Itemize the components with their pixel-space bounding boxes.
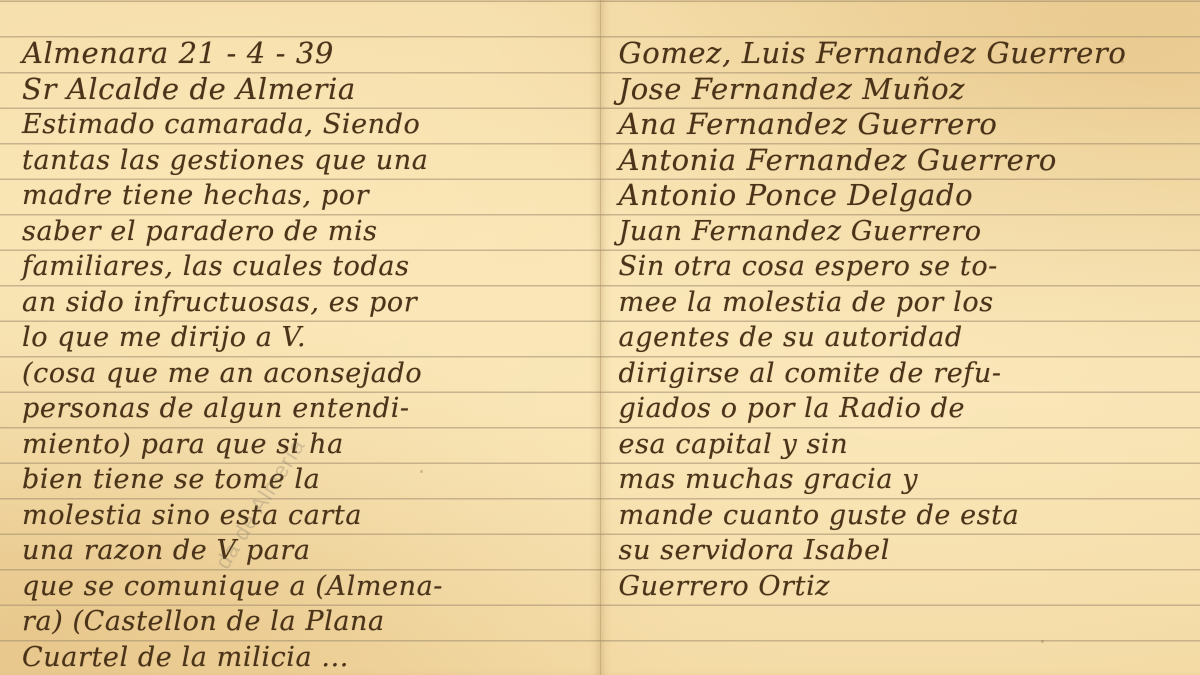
- letter-line: miento) para que si ha: [0, 427, 600, 463]
- letter-place-date: Almenara 21 - 4 - 39: [0, 36, 600, 72]
- letter-line: an sido infructuosas, es por: [0, 285, 600, 321]
- letter-line: mee la molestia de por los: [601, 285, 1200, 321]
- paper-speck: [1041, 640, 1044, 643]
- letter-line-cut-off: Cuartel de la milicia ...: [0, 640, 600, 675]
- paper-speck: [420, 470, 423, 473]
- letter-line: bien tiene se tome la: [0, 462, 600, 498]
- family-name-line: Juan Fernandez Guerrero: [601, 214, 1200, 250]
- letter-line: mande cuanto guste de esta: [601, 498, 1200, 534]
- letter-line: saber el paradero de mis: [0, 214, 600, 250]
- letter-line: agentes de su autoridad: [601, 320, 1200, 356]
- letter-line: dirigirse al comite de refu-: [601, 356, 1200, 392]
- right-page-text: Gomez, Luis Fernandez Guerrero Jose Fern…: [601, 36, 1200, 604]
- family-name-line: Antonia Fernandez Guerrero: [601, 143, 1200, 179]
- letter-line: Sin otra cosa espero se to-: [601, 249, 1200, 285]
- letter-line: molestia sino esta carta: [0, 498, 600, 534]
- family-name-line: Jose Fernandez Muñoz: [601, 72, 1200, 108]
- letter-line: lo que me dirijo a V.: [0, 320, 600, 356]
- paper-speck: [40, 200, 43, 203]
- letter-line: madre tiene hechas, por: [0, 178, 600, 214]
- letter-line: esa capital y sin: [601, 427, 1200, 463]
- letter-line: una razon de V para: [0, 533, 600, 569]
- left-page: Almenara 21 - 4 - 39 Sr Alcalde de Almer…: [0, 0, 601, 675]
- letter-line: personas de algun entendi-: [0, 391, 600, 427]
- left-page-text: Almenara 21 - 4 - 39 Sr Alcalde de Almer…: [0, 36, 600, 675]
- paper-speck: [1121, 60, 1124, 63]
- letter-line: giados o por la Radio de: [601, 391, 1200, 427]
- right-page: Gomez, Luis Fernandez Guerrero Jose Fern…: [601, 0, 1200, 675]
- family-name-line: Antonio Ponce Delgado: [601, 178, 1200, 214]
- letter-line: mas muchas gracia y: [601, 462, 1200, 498]
- letter-line: (cosa que me an aconsejado: [0, 356, 600, 392]
- letter-line: tantas las gestiones que una: [0, 143, 600, 179]
- family-name-line: Gomez, Luis Fernandez Guerrero: [601, 36, 1200, 72]
- letter-line: ra) (Castellon de la Plana: [0, 604, 600, 640]
- letter-line: que se comunique a (Almena-: [0, 569, 600, 605]
- letter-addressee: Sr Alcalde de Almeria: [0, 72, 600, 108]
- letter-spread: Almenara 21 - 4 - 39 Sr Alcalde de Almer…: [0, 0, 1200, 675]
- letter-line: Estimado camarada, Siendo: [0, 107, 600, 143]
- family-name-line: Ana Fernandez Guerrero: [601, 107, 1200, 143]
- signature-name: Guerrero Ortiz: [601, 569, 1200, 605]
- signature-line: su servidora Isabel: [601, 533, 1200, 569]
- letter-line: familiares, las cuales todas: [0, 249, 600, 285]
